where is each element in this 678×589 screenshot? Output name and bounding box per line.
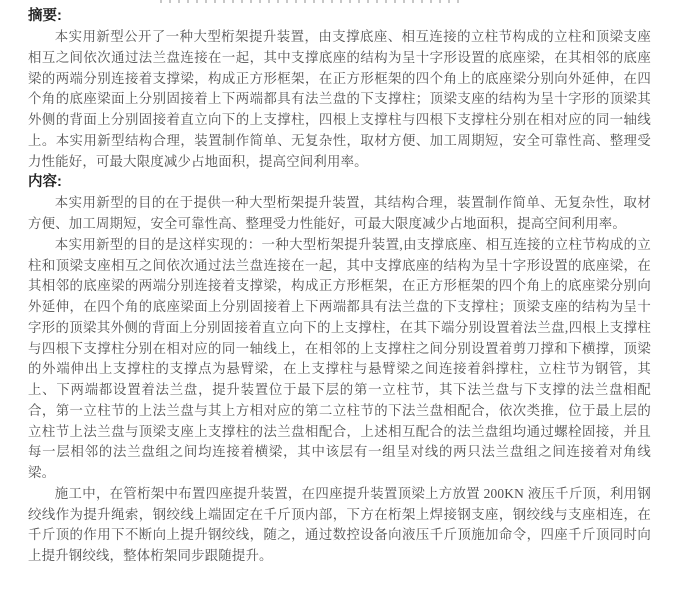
section-heading-abstract: 摘要: xyxy=(28,6,651,27)
abstract-paragraph: 本实用新型公开了一种大型桁架提升装置，由支撑底座、相互连接的立柱节构成的立柱和顶… xyxy=(28,27,651,172)
section-heading-content: 内容: xyxy=(28,172,651,193)
content-paragraph-implementation: 本实用新型的目的是这样实现的：一种大型桁架提升装置,由支撑底座、相互连接的立柱节… xyxy=(28,235,651,484)
content-paragraph-construction: 施工中，在管桁架中布置四座提升装置，在四座提升装置顶梁上方放置 200KN 液压… xyxy=(28,484,651,567)
clipped-top-line xyxy=(160,0,465,3)
document-page: 摘要: 本实用新型公开了一种大型桁架提升装置，由支撑底座、相互连接的立柱节构成的… xyxy=(0,0,678,589)
content-paragraph-purpose: 本实用新型的目的在于提供一种大型桁架提升装置，其结构合理，装置制作简单、无复杂性… xyxy=(28,193,651,235)
